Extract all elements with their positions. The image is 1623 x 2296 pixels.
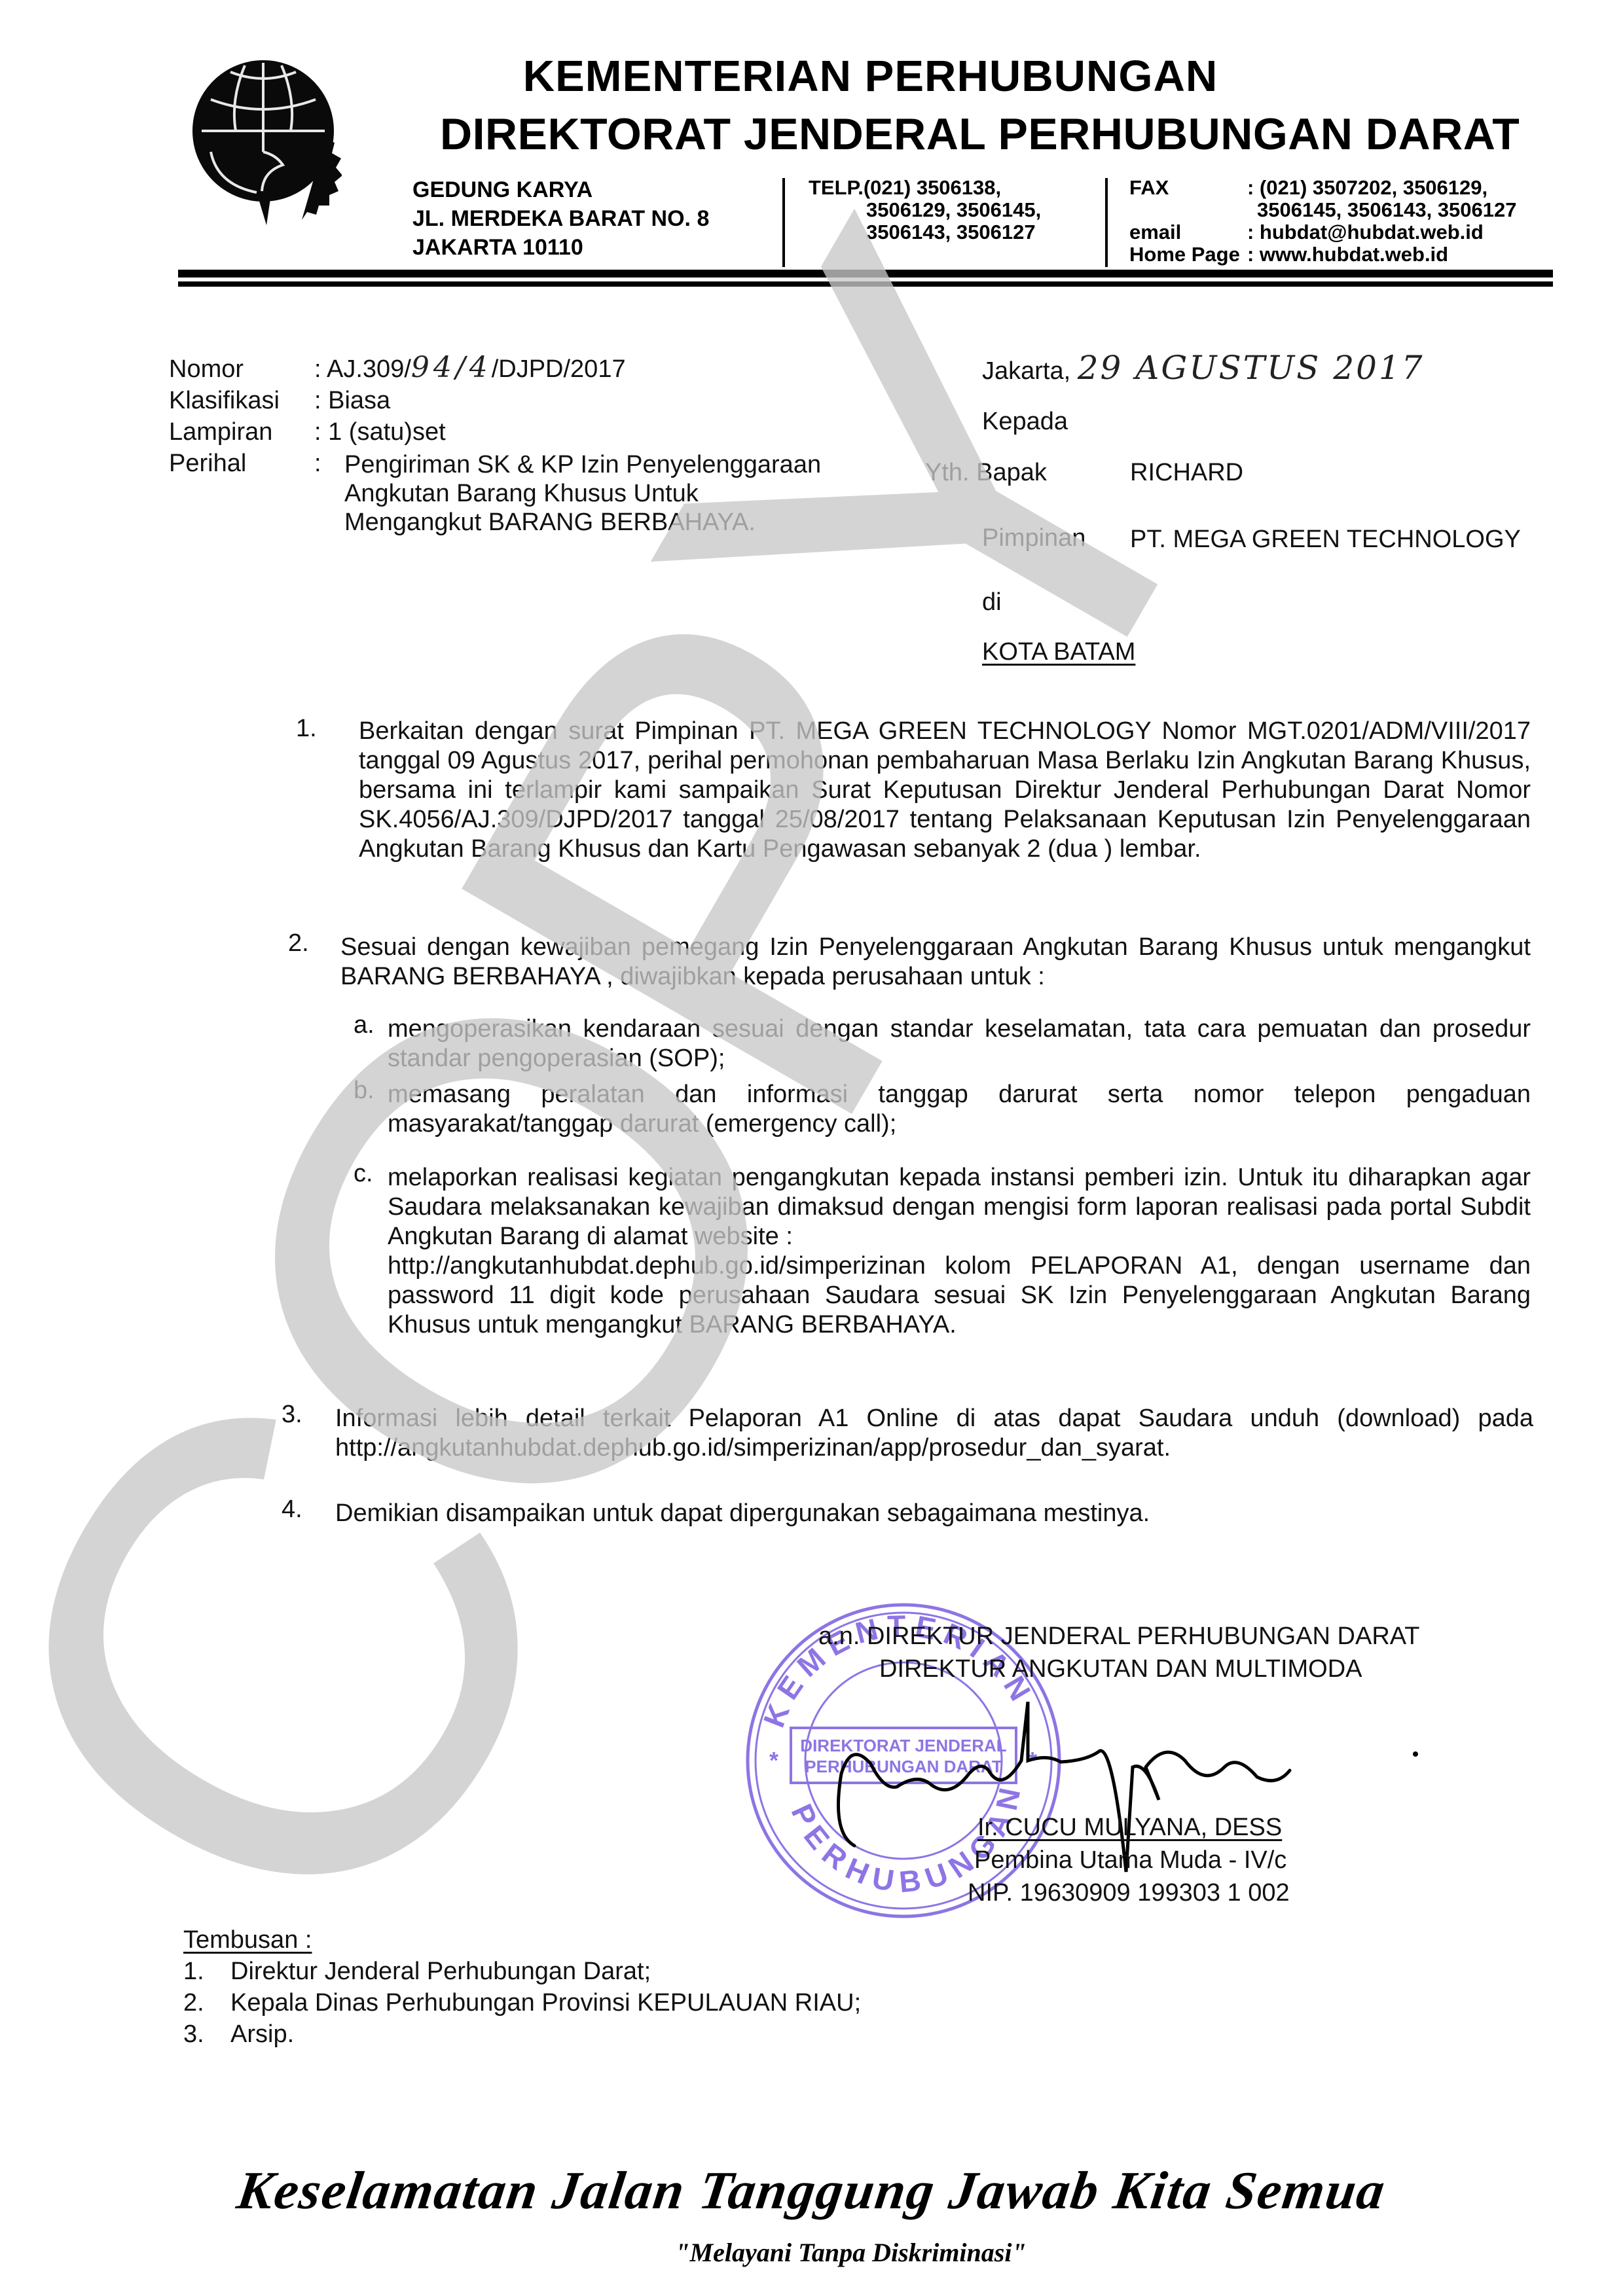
subitem-letter: b. (354, 1077, 374, 1105)
perihal-value: Pengiriman SK & KP Izin Penyelenggaraan … (344, 450, 821, 537)
item-number: 2. (288, 929, 309, 958)
email-label: email (1129, 221, 1247, 243)
tembusan-title: Tembusan : (183, 1924, 861, 1956)
perihal-colon: : (314, 448, 344, 537)
telephone-block: TELP.(021) 3506138, 3506129, 3506145, 35… (809, 177, 1041, 243)
subitem-paragraph: mengoperasikan kendaraan sesuai dengan s… (388, 1014, 1531, 1073)
klasifikasi-value: : Biasa (314, 387, 390, 414)
klasifikasi-label: Klasifikasi (169, 385, 314, 416)
recipient-company: PT. MEGA GREEN TECHNOLOGY (1130, 524, 1521, 555)
item-number: 1. (296, 715, 317, 743)
nomor-prefix: : AJ.309/ (314, 355, 411, 383)
fax-value: 3506145, 3506143, 3506127 (1129, 199, 1517, 221)
subitem-letter: a. (354, 1011, 374, 1039)
perihal-line: Mengangkut BARANG BERBAHAYA. (344, 508, 821, 537)
body-paragraph: Demikian disampaikan untuk dapat dipergu… (335, 1499, 1533, 1528)
cc-item: Arsip. (230, 2020, 294, 2048)
lampiran-label: Lampiran (169, 416, 314, 448)
address-block: GEDUNG KARYA JL. MERDEKA BARAT NO. 8 JAK… (412, 175, 709, 262)
address-line: JL. MERDEKA BARAT NO. 8 (412, 204, 709, 233)
tembusan-block: Tembusan : 1.Direktur Jenderal Perhubung… (183, 1924, 861, 2050)
homepage-link[interactable]: : www.hubdat.web.id (1247, 243, 1448, 266)
signatory-rank: Pembina Utama Muda - IV/c (974, 1844, 1286, 1876)
signatory-name: Ir. CUCU MULYANA, DESS (977, 1812, 1282, 1843)
body-paragraph: Informasi lebih detail terkait Pelaporan… (335, 1404, 1533, 1463)
cc-number: 2. (183, 1987, 230, 2018)
item-number: 3. (282, 1401, 302, 1429)
perihal-label: Perihal (169, 448, 314, 537)
subitem-paragraph: memasang peralatan dan informasi tanggap… (388, 1080, 1531, 1139)
footer-tagline: "Melayani Tanpa Diskriminasi" (0, 2237, 1623, 2268)
subitem-letter: c. (354, 1160, 373, 1188)
homepage-label: Home Page (1129, 243, 1247, 266)
recipient-city: KOTA BATAM (982, 636, 1135, 668)
recipient-block: Jakarta, 29 AGUSTUS 2017 (982, 352, 1425, 387)
header-rule-thick (178, 270, 1553, 278)
cc-number: 3. (183, 2018, 230, 2050)
header-rule-thin (178, 281, 1553, 287)
lampiran-value: : 1 (satu)set (314, 418, 446, 446)
fax-value: : (021) 3507202, 3506129, (1247, 176, 1487, 199)
address-line: JAKARTA 10110 (412, 233, 709, 262)
telp-value: 3506129, 3506145, (809, 199, 1041, 221)
body-paragraph: Berkaitan dengan surat Pimpinan PT. MEGA… (359, 717, 1531, 864)
di-label: di (982, 586, 1002, 618)
directorate-title: DIREKTORAT JENDERAL PERHUBUNGAN DARAT (440, 109, 1520, 160)
perihal-line: Pengiriman SK & KP Izin Penyelenggaraan (344, 450, 821, 479)
footer-motto: Keselamatan Jalan Tanggung Jawab Kita Se… (0, 2160, 1623, 2221)
nomor-handwritten: 94/4 (411, 351, 492, 384)
pimpinan-label: Pimpinan (982, 522, 1085, 554)
place-label: Jakarta, (982, 357, 1070, 385)
cc-item: Kepala Dinas Perhubungan Provinsi KEPULA… (230, 1989, 861, 2017)
recipient-name: RICHARD (1130, 457, 1243, 488)
date-handwritten: 29 AGUSTUS 2017 (1078, 349, 1425, 387)
body-paragraph: Sesuai dengan kewajiban pemegang Izin Pe… (340, 933, 1531, 992)
signature-title-line2: DIREKTUR ANGKUTAN DAN MULTIMODA (879, 1653, 1362, 1685)
letter-meta: Nomor: AJ.309/94/4/DJPD/2017 Klasifikasi… (169, 352, 821, 537)
subitem-url-paragraph: http://angkutanhubdat.dephub.go.id/simpe… (388, 1251, 1531, 1340)
ministry-title: KEMENTERIAN PERHUBUNGAN (0, 51, 1623, 101)
telp-label: TELP. (809, 176, 864, 199)
telp-value: (021) 3506138, (864, 176, 1001, 199)
cc-number: 1. (183, 1956, 230, 1987)
subitem-paragraph: melaporkan realisasi kegiatan pengangkut… (388, 1163, 1531, 1251)
divider (782, 178, 785, 267)
item-number: 4. (282, 1496, 302, 1524)
nomor-label: Nomor (169, 353, 314, 385)
signature-title-line1: a.n. DIREKTUR JENDERAL PERHUBUNGAN DARAT (818, 1621, 1420, 1652)
perihal-line: Angkutan Barang Khusus Untuk (344, 479, 821, 508)
yth-label: Yth. Bapak (925, 457, 1047, 488)
divider (1105, 178, 1108, 267)
fax-label: FAX (1129, 177, 1247, 199)
contact-block: FAX: (021) 3507202, 3506129, 3506145, 35… (1129, 177, 1517, 266)
email-link[interactable]: : hubdat@hubdat.web.id (1247, 221, 1484, 243)
signatory-nip: NIP. 19630909 199303 1 002 (968, 1877, 1290, 1909)
address-line: GEDUNG KARYA (412, 175, 709, 204)
svg-text:*: * (769, 1747, 778, 1774)
cc-item: Direktur Jenderal Perhubungan Darat; (230, 1958, 651, 1985)
telp-value: 3506143, 3506127 (809, 221, 1041, 243)
kepada-label: Kepada (982, 406, 1068, 437)
nomor-suffix: /DJPD/2017 (492, 355, 626, 383)
